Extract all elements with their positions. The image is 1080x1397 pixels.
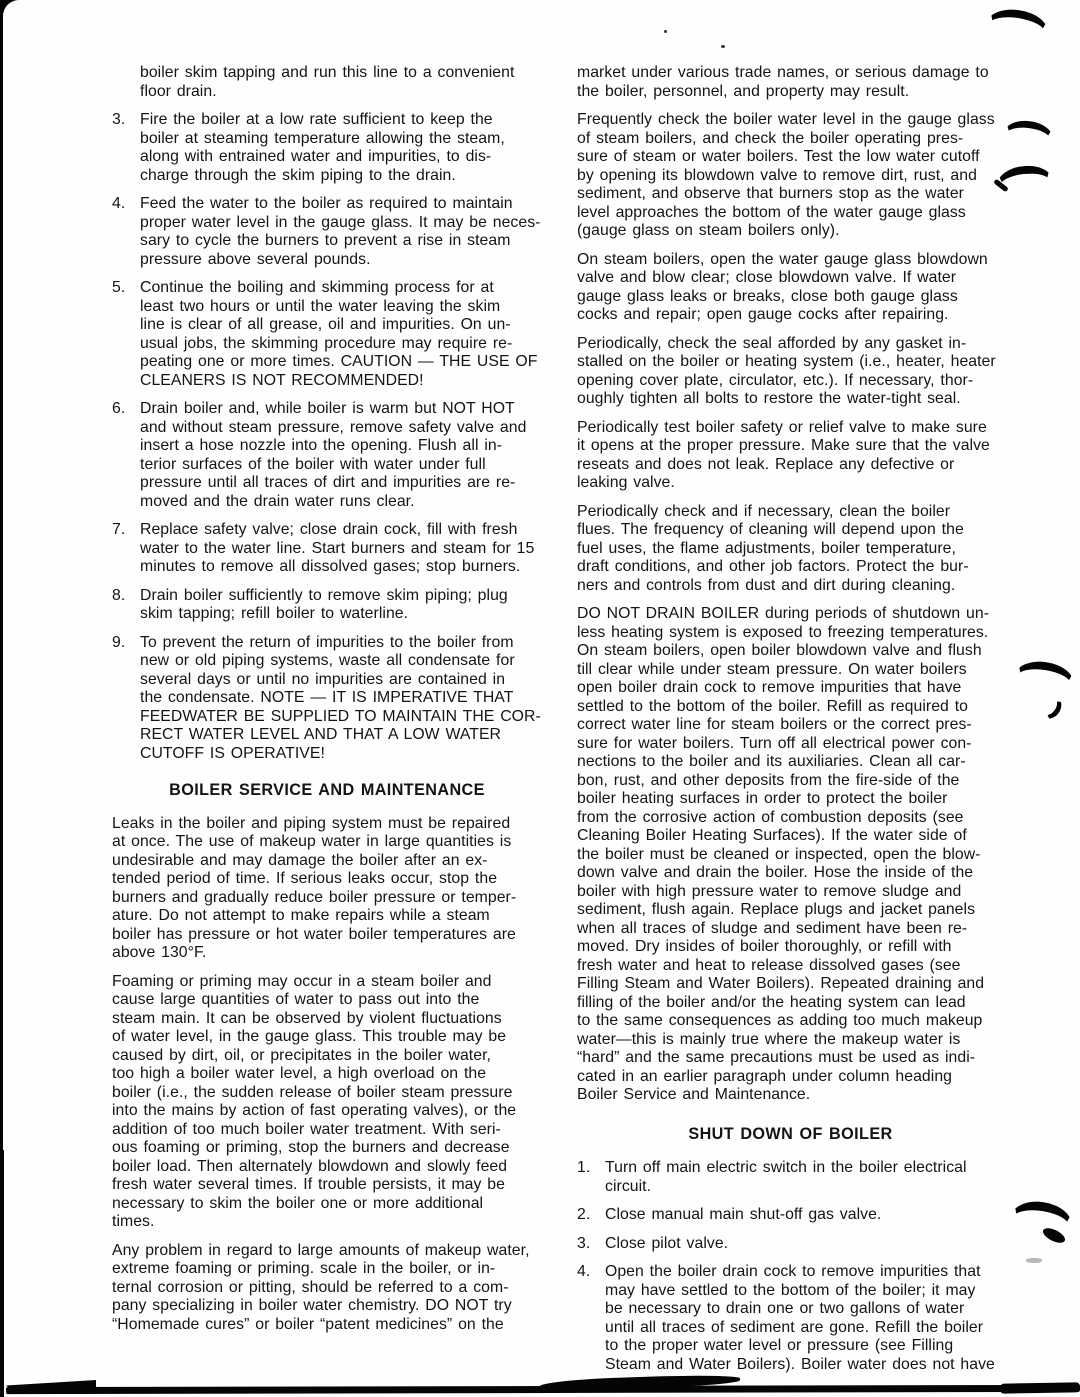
scan-speck-1 <box>664 30 667 33</box>
list-text: Replace safety valve; close drain cock, … <box>140 521 542 577</box>
list-number: 1. <box>577 1159 605 1196</box>
scanned-page: boiler skim tapping and run this line to… <box>0 0 1080 1397</box>
paragraph: Frequently check the boiler water level … <box>577 111 1004 241</box>
list-item: 3. Fire the boiler at a low rate suffici… <box>112 111 542 185</box>
list-number: 9. <box>112 634 140 764</box>
paragraph: Any problem in regard to large amounts o… <box>112 1242 542 1335</box>
list-number: 4. <box>112 195 140 269</box>
section-heading-shut-down: SHUT DOWN OF BOILER <box>577 1125 1004 1144</box>
list-text: Drain boiler and, while boiler is warm b… <box>140 400 542 511</box>
list-item: 7. Replace safety valve; close drain coc… <box>112 521 542 577</box>
scan-speck-2 <box>721 45 725 48</box>
scan-bottom-right-thick <box>1000 1382 1080 1393</box>
paragraph: Periodically, check the seal afforded by… <box>577 335 1004 409</box>
list-item: 6. Drain boiler and, while boiler is war… <box>112 400 542 511</box>
paragraph: boiler skim tapping and run this line to… <box>140 64 542 101</box>
list-number: 2. <box>577 1206 605 1225</box>
list-item: 2. Close manual main shut-off gas valve. <box>577 1206 1004 1225</box>
right-column: market under various trade names, or ser… <box>577 64 1004 1384</box>
list-text: Continue the boiling and skimming proces… <box>140 279 542 390</box>
list-number: 8. <box>112 587 140 624</box>
list-number: 6. <box>112 400 140 511</box>
list-text: Turn off main electric switch in the boi… <box>605 1159 1004 1196</box>
paragraph: Periodically test boiler safety or relie… <box>577 419 1004 493</box>
list-item: 5. Continue the boiling and skimming pro… <box>112 279 542 390</box>
list-text: Drain boiler sufficiently to remove skim… <box>140 587 542 624</box>
list-item: 8. Drain boiler sufficiently to remove s… <box>112 587 542 624</box>
list-number: 7. <box>112 521 140 577</box>
paragraph: market under various trade names, or ser… <box>577 64 1004 101</box>
section-heading-boiler-service: BOILER SERVICE AND MAINTENANCE <box>112 781 542 800</box>
list-text: Close manual main shut-off gas valve. <box>605 1206 1004 1225</box>
list-text: Open the boiler drain cock to remove imp… <box>605 1263 1004 1374</box>
list-item: 4. Open the boiler drain cock to remove … <box>577 1263 1004 1374</box>
list-number: 3. <box>577 1235 605 1254</box>
paragraph: Periodically check and if necessary, cle… <box>577 503 1004 596</box>
list-text: To prevent the return of impurities to t… <box>140 634 542 764</box>
paragraph: On steam boilers, open the water gauge g… <box>577 251 1004 325</box>
list-text: Close pilot valve. <box>605 1235 1004 1254</box>
paragraph: DO NOT DRAIN BOILER during periods of sh… <box>577 605 1004 1105</box>
list-item: 4. Feed the water to the boiler as requi… <box>112 195 542 269</box>
paragraph: Leaks in the boiler and piping system mu… <box>112 815 542 963</box>
list-item: 3. Close pilot valve. <box>577 1235 1004 1254</box>
list-text: Feed the water to the boiler as required… <box>140 195 542 269</box>
list-number: 5. <box>112 279 140 390</box>
scan-mark-smudge <box>1026 1258 1042 1263</box>
list-text: Fire the boiler at a low rate sufficient… <box>140 111 542 185</box>
left-column: boiler skim tapping and run this line to… <box>112 64 542 1344</box>
list-number: 3. <box>112 111 140 185</box>
list-number: 4. <box>577 1263 605 1374</box>
list-item: 1. Turn off main electric switch in the … <box>577 1159 1004 1196</box>
paragraph: Foaming or priming may occur in a steam … <box>112 973 542 1232</box>
list-item: 9. To prevent the return of impurities t… <box>112 634 542 764</box>
scan-left-edge-strip-bottom <box>0 1150 4 1397</box>
